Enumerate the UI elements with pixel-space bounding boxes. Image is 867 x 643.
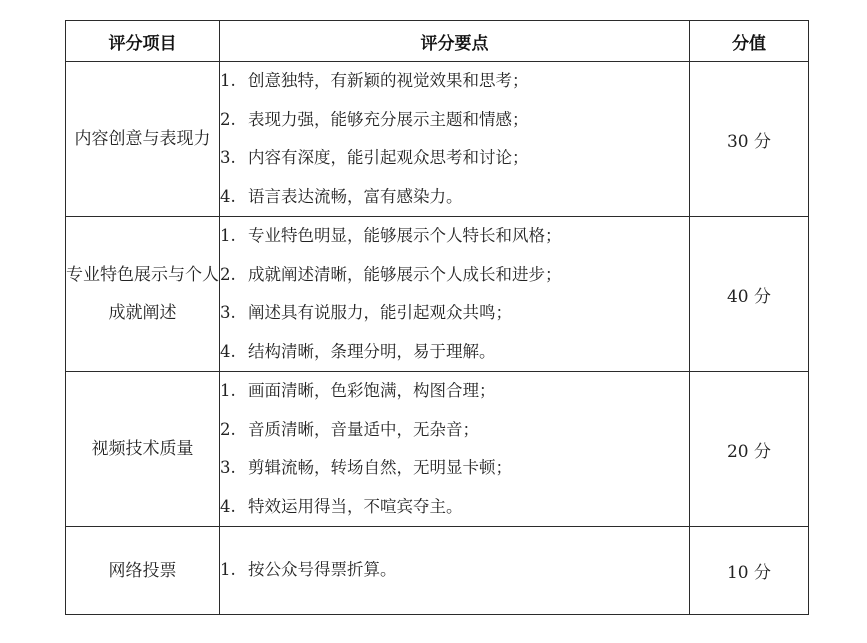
item-name: 网络投票 xyxy=(66,527,220,615)
header-scoring-points: 评分要点 xyxy=(220,21,690,62)
point-line: 4.语言表达流畅，富有感染力。 xyxy=(220,178,689,217)
point-line: 3.阐述具有说服力，能引起观众共鸣； xyxy=(220,294,689,333)
point-line: 2.音质清晰，音量适中，无杂音； xyxy=(220,411,689,450)
points-cell: 1.专业特色明显，能够展示个人特长和风格； 2.成就阐述清晰，能够展示个人成长和… xyxy=(220,217,690,372)
point-line: 3.剪辑流畅，转场自然，无明显卡顿； xyxy=(220,449,689,488)
point-line: 2.表现力强，能够充分展示主题和情感； xyxy=(220,101,689,140)
point-line: 4.结构清晰，条理分明，易于理解。 xyxy=(220,333,689,372)
point-line: 2.成就阐述清晰，能够展示个人成长和进步； xyxy=(220,256,689,295)
item-name: 专业特色展示与个人成就阐述 xyxy=(66,217,220,372)
point-line: 1.画面清晰，色彩饱满，构图合理； xyxy=(220,372,689,411)
point-line: 3.内容有深度，能引起观众思考和讨论； xyxy=(220,139,689,178)
points-cell: 1.按公众号得票折算。 xyxy=(220,527,690,615)
table-row: 内容创意与表现力 1.创意独特，有新颖的视觉效果和思考； 2.表现力强，能够充分… xyxy=(66,62,809,217)
table-row: 视频技术质量 1.画面清晰，色彩饱满，构图合理； 2.音质清晰，音量适中，无杂音… xyxy=(66,372,809,527)
score-value: 10 分 xyxy=(690,527,809,615)
point-line: 4.特效运用得当，不喧宾夺主。 xyxy=(220,488,689,527)
scoring-rubric-table: 评分项目 评分要点 分值 内容创意与表现力 1.创意独特，有新颖的视觉效果和思考… xyxy=(65,20,809,615)
points-cell: 1.创意独特，有新颖的视觉效果和思考； 2.表现力强，能够充分展示主题和情感； … xyxy=(220,62,690,217)
item-name: 内容创意与表现力 xyxy=(66,62,220,217)
point-line: 1.创意独特，有新颖的视觉效果和思考； xyxy=(220,62,689,101)
point-line: 1.按公众号得票折算。 xyxy=(220,551,689,590)
table-header-row: 评分项目 评分要点 分值 xyxy=(66,21,809,62)
score-value: 40 分 xyxy=(690,217,809,372)
table-row: 网络投票 1.按公众号得票折算。 10 分 xyxy=(66,527,809,615)
point-line: 1.专业特色明显，能够展示个人特长和风格； xyxy=(220,217,689,256)
item-name: 视频技术质量 xyxy=(66,372,220,527)
score-value: 20 分 xyxy=(690,372,809,527)
header-scoring-item: 评分项目 xyxy=(66,21,220,62)
table-row: 专业特色展示与个人成就阐述 1.专业特色明显，能够展示个人特长和风格； 2.成就… xyxy=(66,217,809,372)
header-score-value: 分值 xyxy=(690,21,809,62)
points-cell: 1.画面清晰，色彩饱满，构图合理； 2.音质清晰，音量适中，无杂音； 3.剪辑流… xyxy=(220,372,690,527)
score-value: 30 分 xyxy=(690,62,809,217)
